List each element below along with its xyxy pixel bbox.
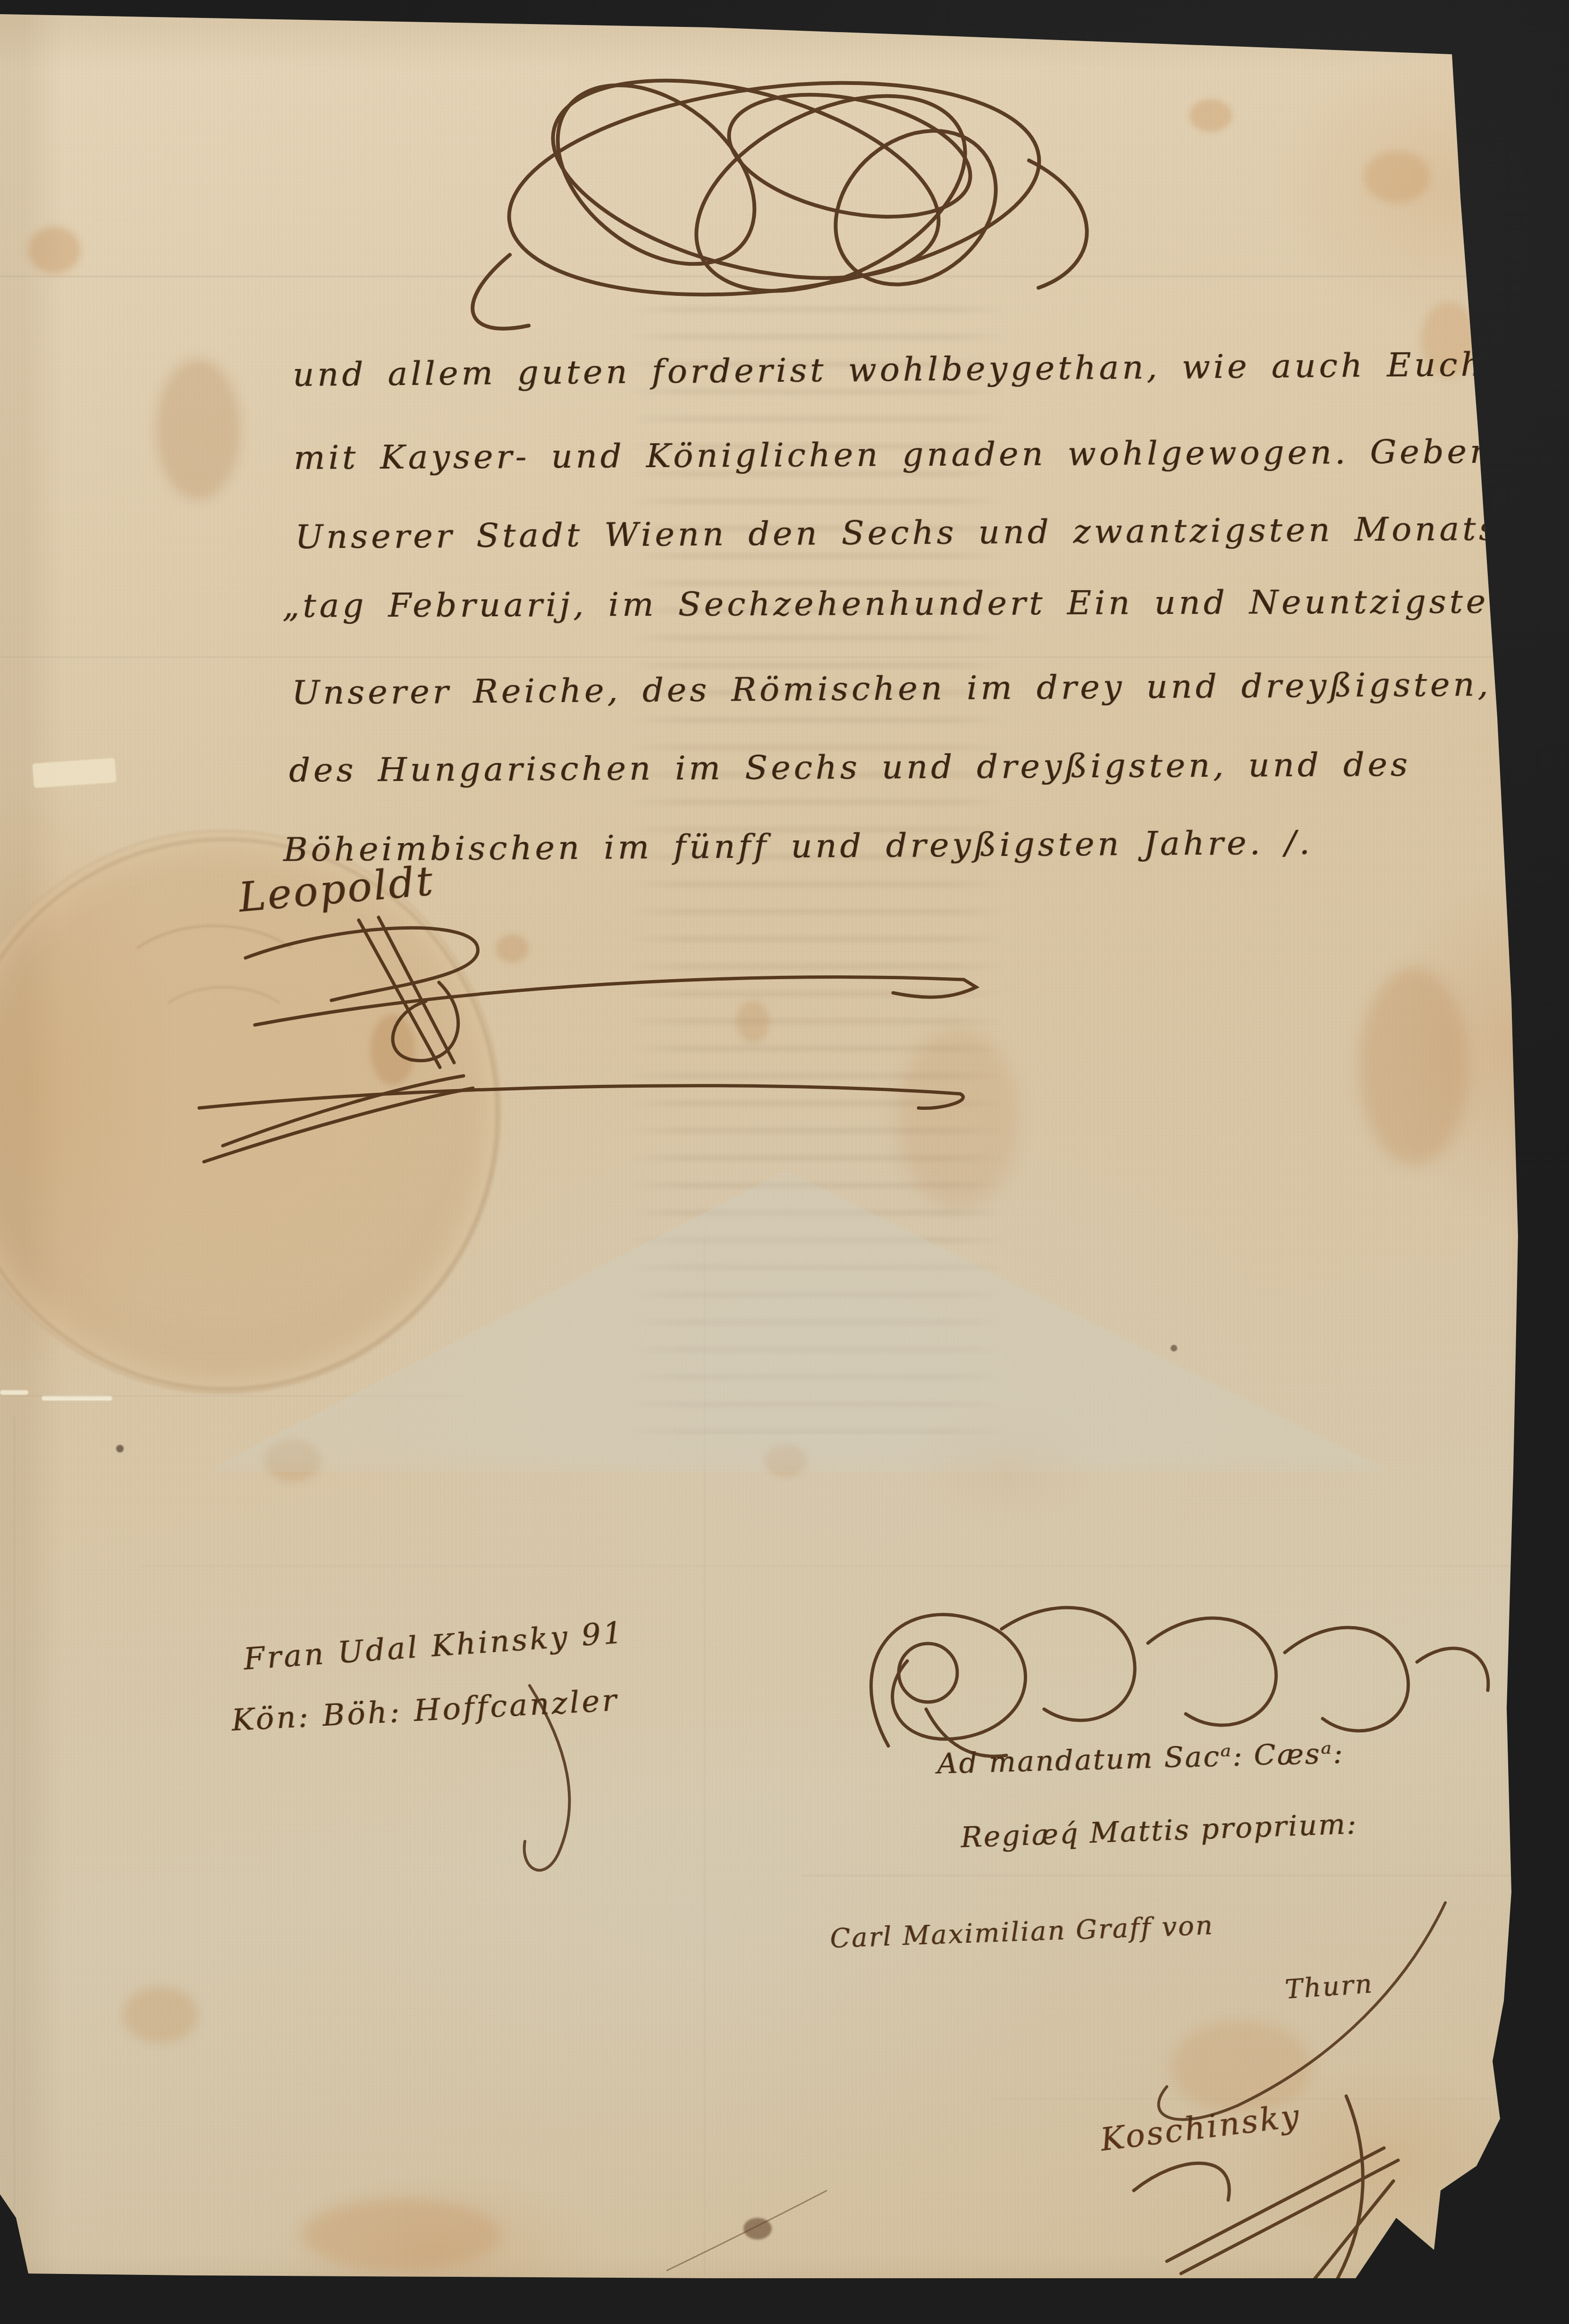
body-line: Unserer Reiche, des Römischen im drey un…: [292, 665, 1492, 712]
scanner-bed: und allem guten forderist wohlbeygethan,…: [0, 0, 1569, 2324]
countersignature-line: Kön: Böh: Hoffcanzler: [231, 1683, 620, 1738]
stain-spot: [371, 1015, 415, 1085]
stain-spot: [156, 359, 241, 500]
stain-spot: [123, 1987, 198, 2043]
calligraphic-knot: [472, 44, 1087, 331]
ink-blot: [743, 2218, 772, 2240]
body-line: und allem guten forderist wohlbeygethan,…: [293, 345, 1485, 394]
fold-crease: [14, 1416, 16, 2270]
fold-crease: [0, 276, 1477, 278]
stain-spot: [1189, 99, 1232, 132]
countersignature-line: Fran Udal Khinsky 91: [242, 1616, 625, 1677]
body-line: des Hungarischen im Sechs und dreyßigste…: [289, 745, 1411, 789]
ink-speck: [1171, 1345, 1177, 1351]
body-line: „tag Februarij, im Sechzehenhundert Ein …: [282, 582, 1527, 625]
fold-crease: [802, 1875, 1510, 1877]
stain-spot: [302, 2199, 500, 2270]
registrar-signature: Koschinsky: [1098, 2097, 1303, 2158]
mandate-clause-line: Regiæq́ Mattis proprium:: [960, 1807, 1358, 1854]
mandatum-flourish: [871, 1608, 1488, 1756]
fold-crease: [142, 1566, 1510, 1568]
body-line: mit Kayser- und Königlichen gnaden wohlg…: [294, 432, 1554, 477]
stain-spot: [1364, 151, 1430, 203]
body-line: Unserer Stadt Wienn den Sechs und zwantz…: [295, 509, 1499, 556]
stain-spot: [28, 227, 80, 274]
secretary-signature-line: Carl Maximilian Graff von: [829, 1910, 1214, 1954]
mandate-clause-line: Ad mandatum Sacᵃ: Cæsᵃ:: [936, 1737, 1344, 1781]
stain-spot: [496, 934, 529, 963]
ink-speck: [116, 1445, 124, 1452]
tape-remnant: [32, 758, 116, 788]
seal-motif-arc: [151, 986, 296, 1075]
stitch-mark: [0, 1390, 28, 1395]
body-line: Böheimbischen im fünff und dreyßigsten J…: [283, 823, 1313, 869]
stain-spot: [1359, 967, 1468, 1166]
secretary-signature-line: Thurn: [1284, 1969, 1374, 2005]
letter-page: und allem guten forderist wohlbeygethan,…: [0, 0, 1569, 2324]
